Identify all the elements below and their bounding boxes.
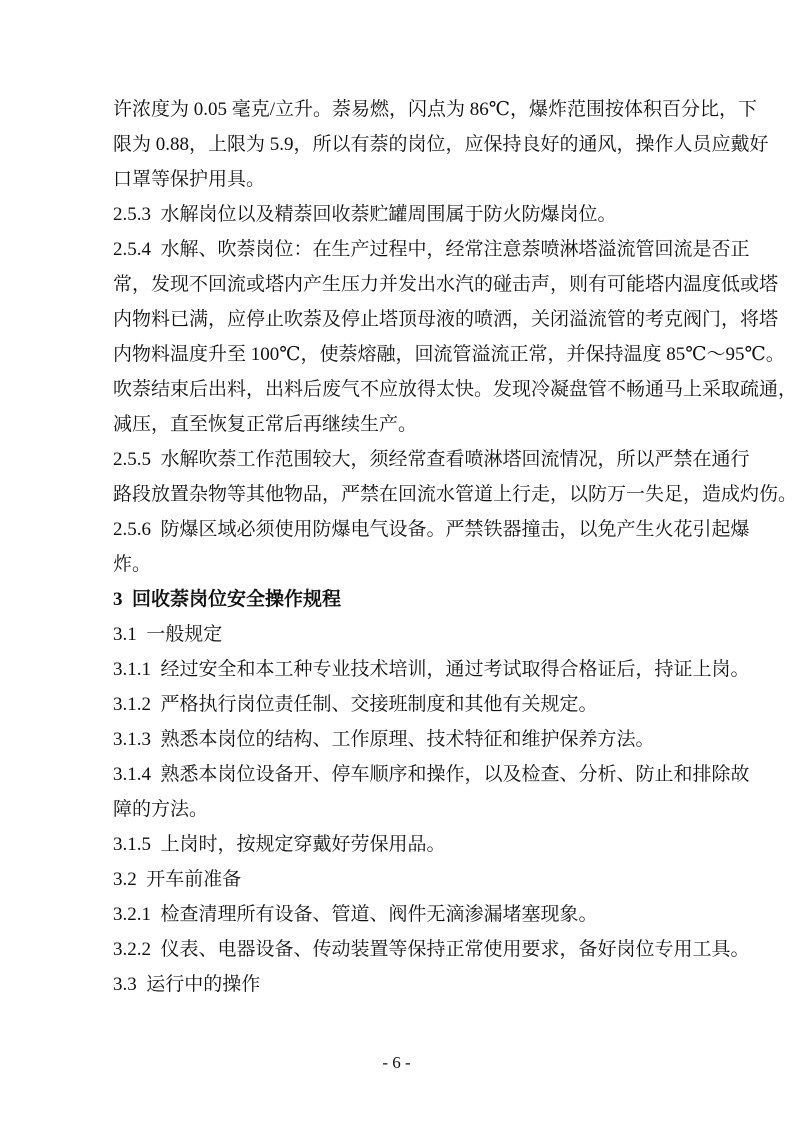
clause-2-5-4-line: 2.5.4 水解、吹萘岗位：在生产过程中，经常注意萘喷淋塔溢流管回流是否正	[113, 232, 691, 267]
clause-2-5-4-line: 减压，直至恢复正常后再继续生产。	[113, 407, 691, 442]
clause-3-2-2-line: 3.2.2 仪表、电器设备、传动装置等保持正常使用要求，备好岗位专用工具。	[113, 932, 691, 967]
clause-2-5-5-line: 路段放置杂物等其他物品，严禁在回流水管道上行走，以防万一失足，造成灼伤。	[113, 477, 691, 512]
clause-2-5-4-line: 内物料温度升至 100℃，使萘熔融，回流管溢流正常，并保持温度 85℃～95℃。	[113, 337, 691, 372]
clause-3-1-3-line: 3.1.3 熟悉本岗位的结构、工作原理、技术特征和维护保养方法。	[113, 722, 691, 757]
clause-3-1-4-line: 3.1.4 熟悉本岗位设备开、停车顺序和操作，以及检查、分析、防止和排除故	[113, 757, 691, 792]
clause-2-5-3-line: 2.5.3 水解岗位以及精萘回收萘贮罐周围属于防火防爆岗位。	[113, 197, 691, 232]
page-number: - 6 -	[0, 1048, 793, 1078]
clause-2-5-5-line: 2.5.5 水解吹萘工作范围较大，须经常查看喷淋塔回流情况，所以严禁在通行	[113, 442, 691, 477]
clause-3-1-1-line: 3.1.1 经过安全和本工种专业技术培训，通过考试取得合格证后，持证上岗。	[113, 652, 691, 687]
clause-3-1-2-line: 3.1.2 严格执行岗位责任制、交接班制度和其他有关规定。	[113, 687, 691, 722]
document-page: 许浓度为 0.05 毫克/立升。萘易燃，闪点为 86℃，爆炸范围按体积百分比，下…	[0, 0, 793, 1122]
paragraph-continuation-line: 许浓度为 0.05 毫克/立升。萘易燃，闪点为 86℃，爆炸范围按体积百分比，下	[113, 92, 691, 127]
clause-2-5-6-line: 2.5.6 防爆区域必须使用防爆电气设备。严禁铁器撞击，以免产生火花引起爆	[113, 512, 691, 547]
paragraph-continuation-line: 口罩等保护用具。	[113, 162, 691, 197]
document-body: 许浓度为 0.05 毫克/立升。萘易燃，闪点为 86℃，爆炸范围按体积百分比，下…	[113, 92, 691, 1002]
clause-3-1-5-line: 3.1.5 上岗时，按规定穿戴好劳保用品。	[113, 827, 691, 862]
section-3-heading: 3 回收萘岗位安全操作规程	[113, 582, 691, 617]
clause-2-5-4-line: 常，发现不回流或塔内产生压力并发出水汽的碰击声，则有可能塔内温度低或塔	[113, 267, 691, 302]
clause-3-1-line: 3.1 一般规定	[113, 617, 691, 652]
paragraph-continuation-line: 限为 0.88，上限为 5.9，所以有萘的岗位，应保持良好的通风，操作人员应戴好	[113, 127, 691, 162]
clause-3-1-4-line: 障的方法。	[113, 792, 691, 827]
clause-3-2-1-line: 3.2.1 检查清理所有设备、管道、阀件无滴渗漏堵塞现象。	[113, 897, 691, 932]
clause-3-2-line: 3.2 开车前准备	[113, 862, 691, 897]
clause-3-3-line: 3.3 运行中的操作	[113, 967, 691, 1002]
clause-2-5-4-line: 吹萘结束后出料，出料后废气不应放得太快。发现冷凝盘管不畅通马上采取疏通，	[113, 372, 691, 407]
clause-2-5-4-line: 内物料已满，应停止吹萘及停止塔顶母液的喷洒，关闭溢流管的考克阀门，将塔	[113, 302, 691, 337]
clause-2-5-6-line: 炸。	[113, 547, 691, 582]
